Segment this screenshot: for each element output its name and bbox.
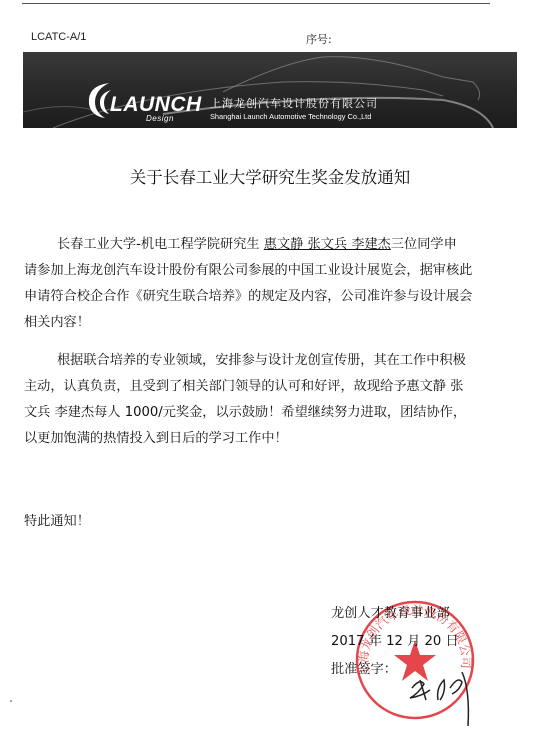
handwritten-signature-icon (400, 660, 480, 730)
text-span: 三位同学申 (391, 237, 457, 252)
serial-number-label: 序号: (306, 31, 332, 47)
paragraph-line: 相关内容！ (24, 310, 504, 336)
paragraph-line: 文兵 李建杰每人 1000/元奖金，以示鼓励！希望继续努力进取，团结协作， (24, 400, 504, 426)
page-title: 关于长春工业大学研究生奖金发放通知 (0, 164, 540, 188)
paragraph-line: 主动，认真负责，且受到了相关部门领导的认可和好评，故现给予惠文静 张 (24, 374, 504, 400)
scan-artifact (10, 700, 12, 702)
paragraph-1: 长春工业大学-机电工程学院研究生 惠文静 张文兵 李建杰三位同学申 请参加上海龙… (24, 232, 504, 336)
top-rule (22, 3, 490, 4)
issue-date: 2017 年 12 月 20 日 (331, 628, 459, 656)
text-span: 长春工业大学-机电工程学院研究生 (57, 237, 264, 252)
paragraph-line: 以更加饱满的热情投入到日后的学习工作中！ (24, 426, 504, 452)
paragraph-2: 根据联合培养的专业领域，安排参与设计龙创宣传册，其在工作中积极 主动，认真负责，… (24, 348, 504, 452)
paragraph-line: 请参加上海龙创汽车设计股份有限公司参展的中国工业设计展览会，据审核此 (24, 258, 504, 284)
paragraph-line: 长春工业大学-机电工程学院研究生 惠文静 张文兵 李建杰三位同学申 (24, 232, 504, 258)
logo-subtitle: Design (146, 114, 174, 123)
paragraph-line: 根据联合培养的专业领域，安排参与设计龙创宣传册，其在工作中积极 (24, 348, 504, 374)
department-name: 龙创人才教育事业部 (331, 600, 459, 628)
paragraph-line: 申请符合校企合作《研究生联合培养》的规定及内容，公司准许参与设计展会 (24, 284, 504, 310)
student-names: 惠文静 张文兵 李建杰 (264, 237, 391, 252)
letterhead-banner: LAUNCH Design 上海龙创汽车设计股份有限公司 Shanghai La… (23, 52, 517, 128)
company-name-en: Shanghai Launch Automotive Technology Co… (210, 112, 371, 121)
document-code: LCATC-A/1 (31, 31, 86, 43)
company-name-cn: 上海龙创汽车设计股份有限公司 (210, 95, 378, 111)
closing-remark: 特此通知！ (24, 510, 90, 529)
launch-swoosh-logo-icon (83, 80, 113, 120)
